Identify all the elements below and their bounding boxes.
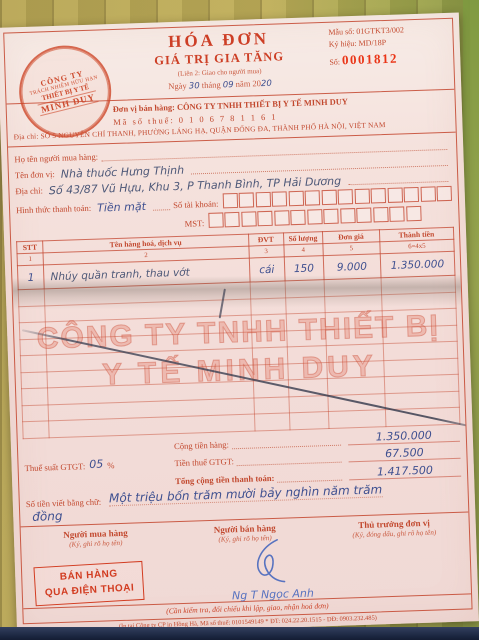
date-label-year: năm 20 xyxy=(236,78,262,89)
table-edge-bar xyxy=(0,627,479,640)
colnum: 1 xyxy=(17,253,44,266)
items-table: STT Tên hàng hoá, dịch vụ ĐVT Số lượng Đ… xyxy=(16,227,460,439)
invoice-form: CÔNG TY TRÁCH NHIỆM HỮU HẠN THIẾT BỊ Y T… xyxy=(3,18,472,625)
percent-sign: % xyxy=(107,460,114,470)
blank-dotted-line xyxy=(277,468,342,482)
title-block: HÓA ĐƠN GIÁ TRỊ GIA TĂNG (Liên 2: Giao c… xyxy=(108,27,330,98)
buyer-name-label: Họ tên người mua hàng: xyxy=(14,152,98,165)
cell-unit: cái xyxy=(249,257,285,282)
date-label-day: Ngày xyxy=(168,81,187,92)
invoice-paper: CÔNG TY TRÁCH NHIỆM HỮU HẠN THIẾT BỊ Y T… xyxy=(0,13,479,637)
date-label-month: tháng xyxy=(202,79,221,90)
buyer-unit-label: Tên đơn vị: xyxy=(15,169,55,180)
blank-dotted-line xyxy=(237,451,342,466)
tax-rate-label: Thuế suất GTGT: xyxy=(24,461,85,473)
cell-price: 9.000 xyxy=(323,254,381,280)
payment-method-handwritten: Tiền mặt xyxy=(97,200,146,215)
invoice-number-label: Số: xyxy=(329,57,340,66)
totals-section: Cộng tiền hàng: 1.350.000 Thuế suất GTGT… xyxy=(18,425,469,526)
date-day-handwritten: 30 xyxy=(189,81,200,91)
tax-amount-handwritten: 67.500 xyxy=(348,445,460,463)
buyer-address-label: Địa chỉ: xyxy=(15,186,43,197)
subtotal-value-handwritten: 1.350.000 xyxy=(348,427,460,445)
tax-code-label: MST: xyxy=(184,218,204,229)
seller-address-label: Địa chỉ: xyxy=(14,132,39,142)
seller-unit-label: Đơn vị bán hàng: xyxy=(113,103,175,114)
invoice-number-value: 0001812 xyxy=(342,51,398,68)
serial-label: Ký hiệu: xyxy=(329,39,357,49)
invoice-meta: Mẫu số: 01GTKT3/002 Ký hiệu: MD/18P Số: … xyxy=(328,23,448,91)
grand-total-handwritten: 1.417.500 xyxy=(349,462,461,480)
tax-code-boxes xyxy=(208,206,421,228)
date-month-handwritten: 09 xyxy=(223,80,234,90)
serial-value: MD/18P xyxy=(358,38,386,48)
cell-qty: 150 xyxy=(284,256,324,281)
seller-unit-value: CÔNG TY TNHH THIẾT BỊ Y TẾ MINH DUY xyxy=(177,97,348,112)
blank-dotted-line xyxy=(232,433,341,449)
seller-tax-label: Mã số thuế: xyxy=(113,116,175,127)
signature-scribble xyxy=(239,537,301,587)
account-number-label: Số tài khoản: xyxy=(173,199,219,210)
buyer-section: Họ tên người mua hàng: Tên đơn vị: Nhà t… xyxy=(8,133,459,241)
cell-stt: 1 xyxy=(17,265,44,290)
form-number-label: Mẫu số: xyxy=(328,27,354,37)
tax-amount-label: Tiền thuế GTGT: xyxy=(174,456,234,468)
tax-rate-group: Thuế suất GTGT: 05 % xyxy=(24,455,174,473)
phone-sale-stamp: BÁN HÀNG QUA ĐIỆN THOẠI xyxy=(33,561,145,606)
tax-code-row: MST: xyxy=(184,205,452,229)
col-header-stt: STT xyxy=(17,241,44,254)
blank-dotted-line xyxy=(348,170,449,185)
amount-in-words-handwritten-2: đồng xyxy=(32,509,63,524)
blank-dotted-line xyxy=(153,198,171,211)
grand-total-label: Tổng cộng tiền thanh toán: xyxy=(175,473,275,486)
cell-amount: 1.350.000 xyxy=(380,251,455,277)
payment-method-label: Hình thức thanh toán: xyxy=(16,203,91,215)
subtotal-label: Cộng tiền hàng: xyxy=(174,439,229,451)
photo-background: { "invoice": { "stamp": { "line1": "CÔNG… xyxy=(0,0,479,640)
seller-tax-value: 0 1 0 6 7 8 1 1 6 1 xyxy=(179,112,278,124)
date-year-handwritten: 20 xyxy=(261,79,272,89)
form-number-value: 01GTKT3/002 xyxy=(356,25,404,36)
tax-rate-handwritten: 05 xyxy=(89,458,103,471)
buyer-unit-handwritten: Nhà thuốc Hưng Thịnh xyxy=(61,164,185,181)
invoice-number-line: Số: 0001812 xyxy=(329,47,448,70)
